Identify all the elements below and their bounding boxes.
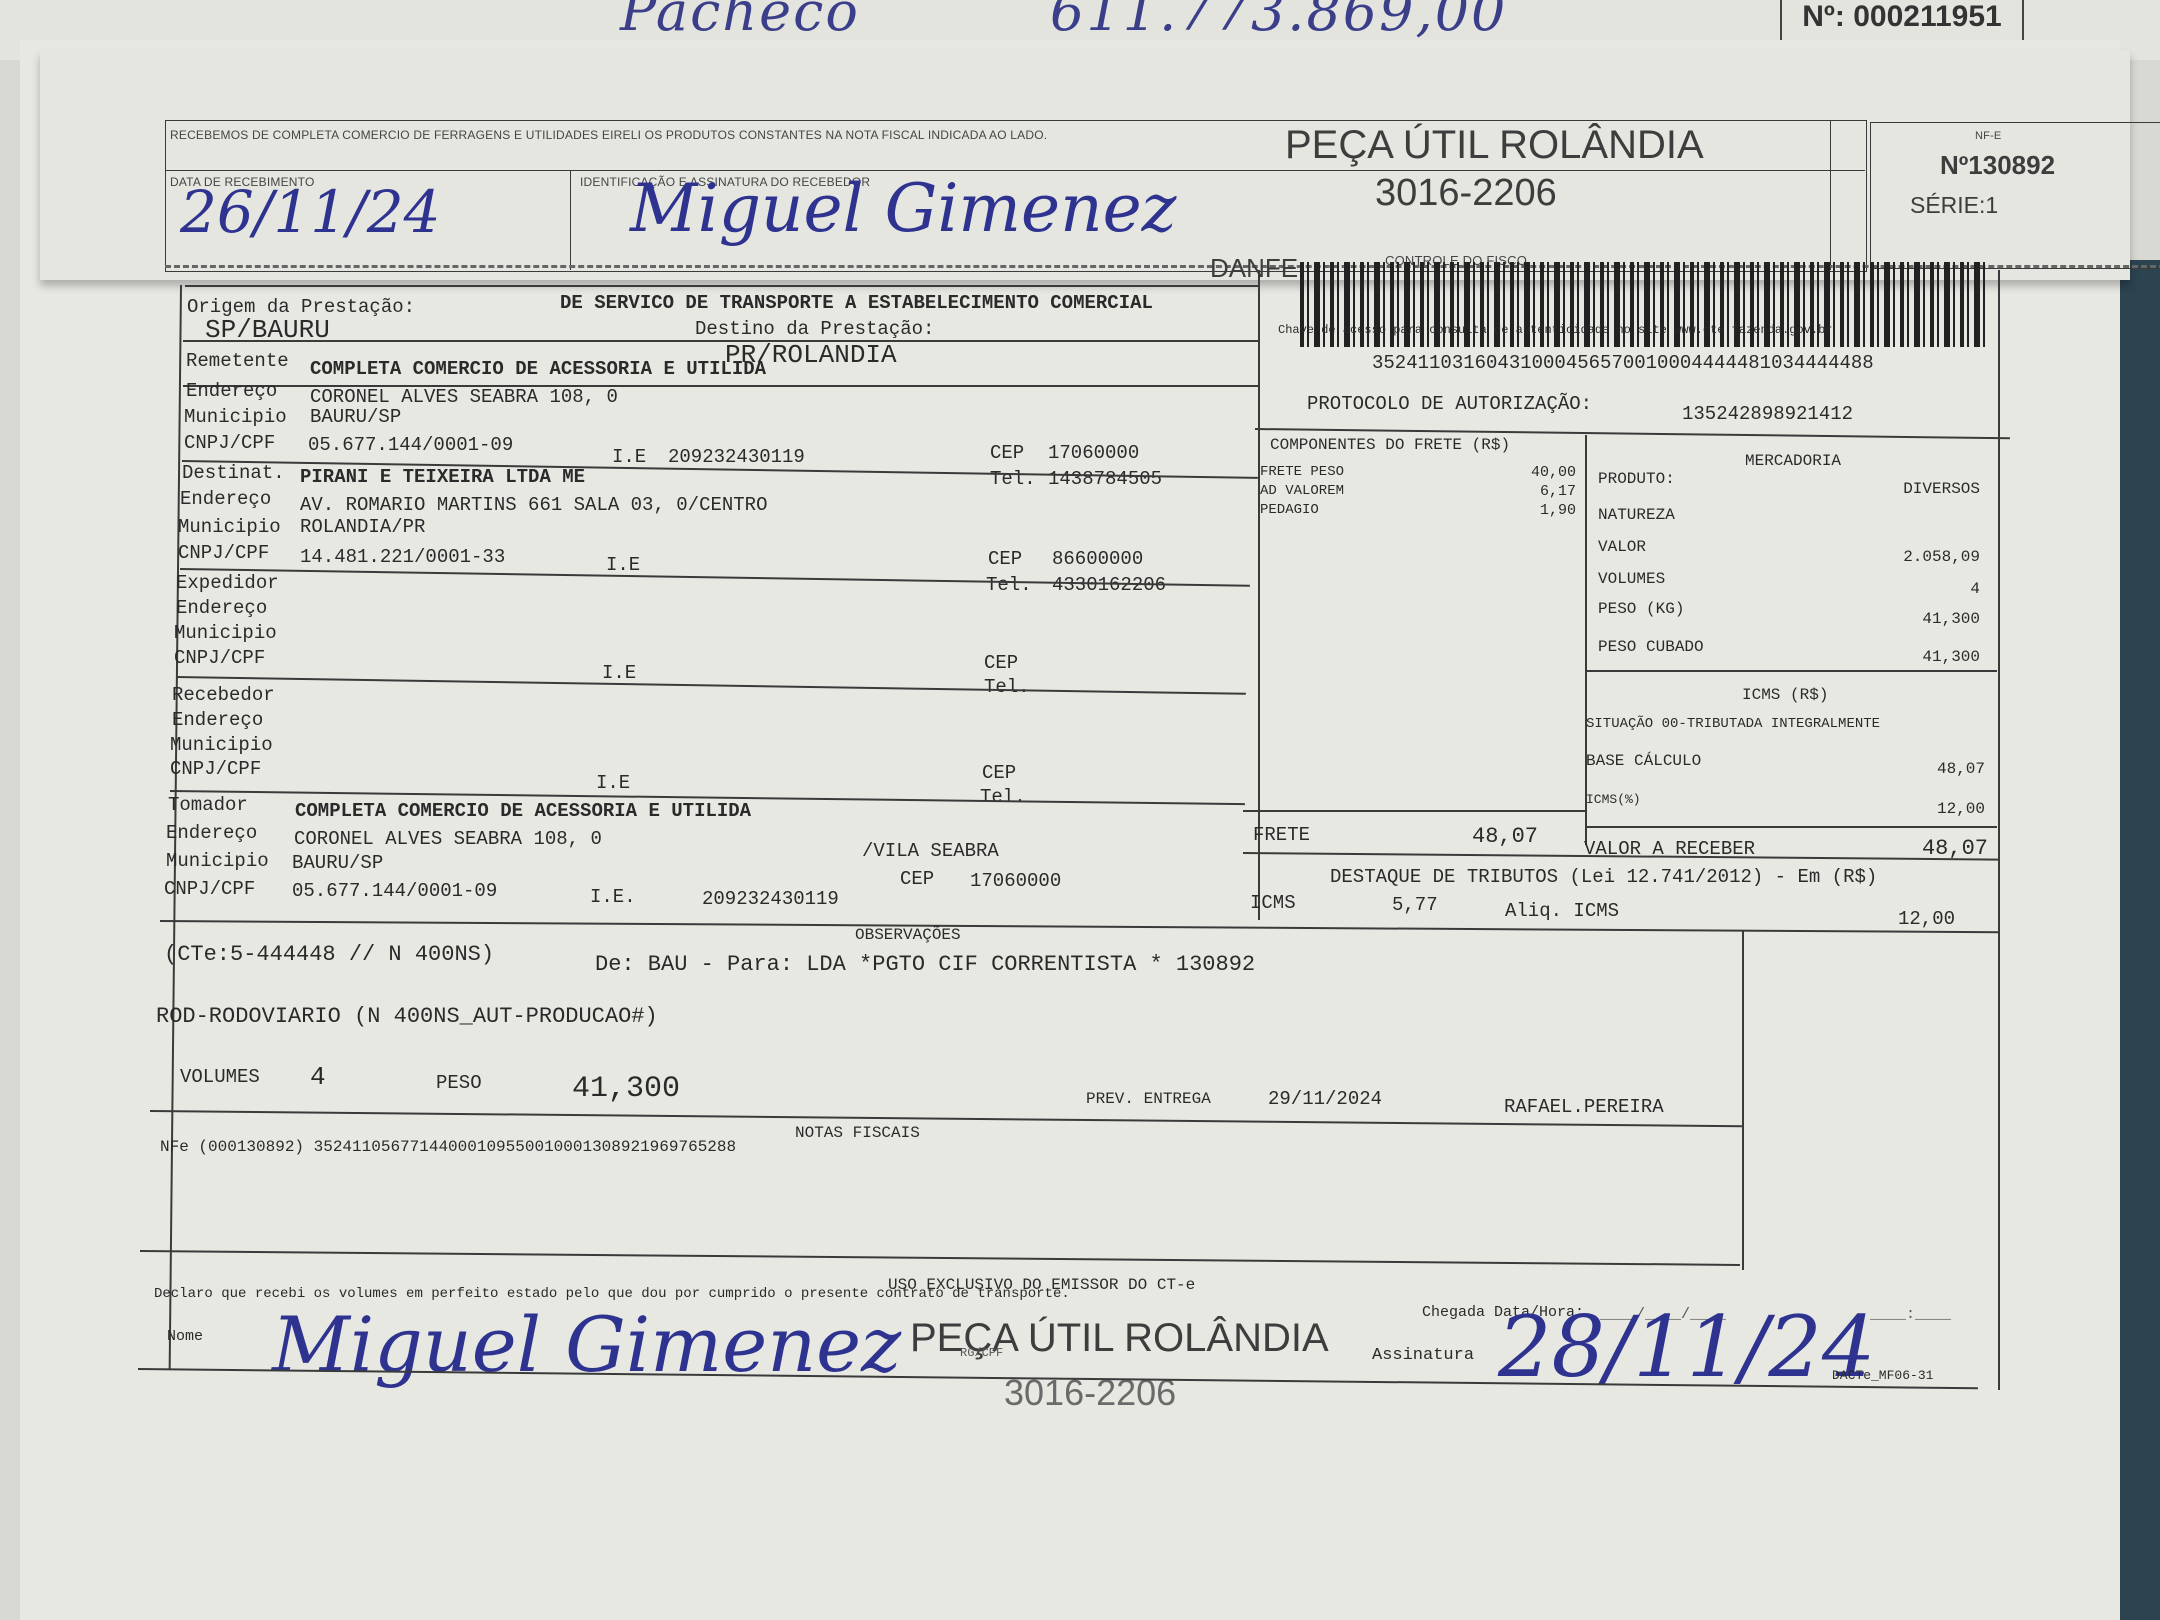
freight-components-title: COMPONENTES DO FRETE (R$) <box>1270 436 1510 454</box>
protocol-value: 135242898921412 <box>1682 403 1853 425</box>
remetente-cnpj-label: CNPJ/CPF <box>184 432 275 454</box>
tomador-bairro: /VILA SEABRA <box>862 840 999 862</box>
receipt-date-handwritten: 26/11/24 <box>180 178 441 246</box>
issuer-user: RAFAEL.PEREIRA <box>1504 1096 1664 1118</box>
icms-situation: SITUAÇÃO 00-TRIBUTADA INTEGRALMENTE <box>1586 716 1880 732</box>
freight-component-label: AD VALOREM <box>1260 483 1344 499</box>
destinatario-municipio: ROLANDIA/PR <box>300 516 425 538</box>
freight-component-label: FRETE PESO <box>1260 464 1344 480</box>
delivery-label: PREV. ENTREGA <box>1086 1090 1211 1108</box>
remetente-tel-label: Tel. <box>990 468 1036 490</box>
remetente-ie-label: I.E <box>612 446 646 468</box>
recebedor-municipio-label: Municipio <box>170 734 273 756</box>
recebedor-label: Recebedor <box>172 684 275 706</box>
protocol-label: PROTOCOLO DE AUTORIZAÇÃO: <box>1307 393 1592 415</box>
destinatario-municipio-label: Municipio <box>178 516 281 538</box>
remetente-tel: 1438784505 <box>1048 468 1162 490</box>
expedidor-label: Expedidor <box>176 572 279 594</box>
expedidor-cnpj-label: CNPJ/CPF <box>174 647 265 669</box>
expedidor-tel-label: Tel. <box>984 676 1030 698</box>
merchandise-row-value: 4 <box>1830 580 1980 598</box>
danfe-label: DANFE <box>1210 253 1298 284</box>
icms-rate-label: ICMS(%) <box>1586 792 1641 807</box>
form-code: DACTe_MF06-31 <box>1832 1368 1933 1383</box>
freight-total-value: 48,07 <box>1472 824 1538 849</box>
remetente-cnpj: 05.677.144/0001-09 <box>308 434 513 456</box>
destinatario-address-label: Endereço <box>180 488 271 510</box>
tomador-cep-label: CEP <box>900 868 934 890</box>
observations-line1-b: De: BAU - Para: LDA *PGTO CIF CORRENTIST… <box>595 952 1255 977</box>
merchandise-row-label: PRODUTO: <box>1598 470 1675 488</box>
recebedor-cep-label: CEP <box>982 762 1016 784</box>
arrival-time-blanks: ____:____ <box>1870 1306 1951 1323</box>
freight-component-label: PEDAGIO <box>1260 502 1319 518</box>
volumes-value: 4 <box>310 1062 326 1092</box>
remetente-cep: 17060000 <box>1048 442 1139 464</box>
handwritten-amount: 611.773.869,00 <box>1050 0 1507 43</box>
recebedor-ie-label: I.E <box>596 772 630 794</box>
merchandise-row-value: 41,300 <box>1830 610 1980 628</box>
tomador-ie: 209232430119 <box>702 888 839 910</box>
tomador-cep: 17060000 <box>970 870 1061 892</box>
footer-signature-date: 28/11/24 <box>1498 1298 1875 1396</box>
remetente-municipio: BAURU/SP <box>310 406 401 428</box>
remetente-ie: 209232430119 <box>668 446 805 468</box>
merchandise-row-label: PESO (KG) <box>1598 600 1684 618</box>
taxes-title: DESTAQUE DE TRIBUTOS (Lei 12.741/2012) -… <box>1330 866 1877 888</box>
freight-component-value: 40,00 <box>1480 464 1576 481</box>
icms-base-value: 48,07 <box>1880 760 1985 778</box>
merchandise-row-label: NATUREZA <box>1598 506 1675 524</box>
expedidor-ie-label: I.E <box>602 662 636 684</box>
receipt-stub: RECEBEMOS DE COMPLETA COMERCIO DE FERRAG… <box>40 50 2130 280</box>
remetente-address-label: Endereço <box>186 380 277 402</box>
peso-value: 41,300 <box>572 1072 680 1106</box>
merchandise-row-label: VALOR <box>1598 538 1646 556</box>
remetente-cep-label: CEP <box>990 442 1024 464</box>
destinatario-cep-label: CEP <box>988 548 1022 570</box>
tomador-ie-label: I.E. <box>590 886 636 908</box>
stamp-name: PEÇA ÚTIL ROLÂNDIA <box>1285 123 1704 168</box>
tomador-address: CORONEL ALVES SEABRA 108, 0 <box>294 828 602 850</box>
receipt-signature: Miguel Gimenez <box>630 170 1176 247</box>
receipt-declaration: RECEBEMOS DE COMPLETA COMERCIO DE FERRAG… <box>170 128 1047 142</box>
freight-total-label: FRETE <box>1253 824 1310 846</box>
destinatario-cep: 86600000 <box>1052 548 1143 570</box>
taxes-icms-label: ICMS <box>1250 892 1296 914</box>
observations-line2: ROD-RODOVIARIO (N 400NS_AUT-PRODUCAO#) <box>156 1004 658 1029</box>
destinatario-label: Destinat. <box>182 462 285 484</box>
taxes-icms-value: 5,77 <box>1392 894 1438 916</box>
recebedor-cnpj-label: CNPJ/CPF <box>170 758 261 780</box>
destinatario-cnpj: 14.481.221/0001-33 <box>300 546 505 568</box>
nfe-serie: SÉRIE:1 <box>1910 192 1998 219</box>
icms-base-label: BASE CÁLCULO <box>1586 752 1701 770</box>
destinatario-address: AV. ROMARIO MARTINS 661 SALA 03, 0/CENTR… <box>300 494 767 516</box>
freight-component-value: 6,17 <box>1480 483 1576 500</box>
invoice-entry: NFe (000130892) 352411056771440001095500… <box>160 1138 736 1156</box>
tomador-municipio-label: Municipio <box>166 850 269 872</box>
footer-name-label: Nome <box>167 1328 203 1345</box>
observations-title: OBSERVAÇÕES <box>855 926 961 944</box>
recebedor-tel-label: Tel. <box>980 786 1026 808</box>
tomador-cnpj-label: CNPJ/CPF <box>164 878 255 900</box>
remetente-name: COMPLETA COMERCIO DE ACESSORIA E UTILIDA <box>310 358 766 380</box>
taxes-aliq-label: Aliq. ICMS <box>1505 900 1619 922</box>
peso-label: PESO <box>436 1072 482 1094</box>
recebedor-address-label: Endereço <box>172 709 263 731</box>
freight-component-value: 1,90 <box>1480 502 1576 519</box>
footer-rg-label: RG/CPF <box>960 1346 1003 1360</box>
handwritten-word: Pacheco <box>620 0 860 43</box>
destinatario-cnpj-label: CNPJ/CPF <box>178 542 269 564</box>
destination-label: Destino da Prestação: <box>695 318 934 340</box>
merchandise-row-value: DIVERSOS <box>1830 480 1980 498</box>
tomador-municipio: BAURU/SP <box>292 852 383 874</box>
tomador-label: Tomador <box>168 794 248 816</box>
observations-line1-a: (CTe:5-444448 // N 400NS) <box>164 942 494 967</box>
expedidor-municipio-label: Municipio <box>174 622 277 644</box>
merchandise-row-label: VOLUMES <box>1598 570 1665 588</box>
footer-signature-label: Assinatura <box>1372 1346 1474 1365</box>
access-key: 3524110316043100045657001000444448103444… <box>1372 352 1874 374</box>
remetente-municipio-label: Municipio <box>184 406 287 428</box>
volumes-label: VOLUMES <box>180 1066 260 1088</box>
tomador-name: COMPLETA COMERCIO DE ACESSORIA E UTILIDA <box>295 800 751 822</box>
merchandise-row-value: 2.058,09 <box>1830 548 1980 566</box>
stamp-phone: 3016-2206 <box>1375 172 1557 215</box>
destinatario-ie-label: I.E <box>606 554 640 576</box>
icms-title: ICMS (R$) <box>1742 686 1828 704</box>
nfe-label: NF-e <box>1975 130 2001 142</box>
tomador-address-label: Endereço <box>166 822 257 844</box>
invoices-title: NOTAS FISCAIS <box>795 1124 920 1142</box>
remetente-address: CORONEL ALVES SEABRA 108, 0 <box>310 386 618 408</box>
merchandise-row-value: 41,300 <box>1830 648 1980 666</box>
service-type: DE SERVICO DE TRANSPORTE A ESTABELECIMEN… <box>560 292 1153 314</box>
merchandise-title: MERCADORIA <box>1745 452 1841 470</box>
expedidor-address-label: Endereço <box>176 597 267 619</box>
delivery-value: 29/11/2024 <box>1268 1088 1382 1110</box>
expedidor-cep-label: CEP <box>984 652 1018 674</box>
destinatario-name: PIRANI E TEIXEIRA LTDA ME <box>300 466 585 488</box>
taxes-aliq-value: 12,00 <box>1860 908 1955 930</box>
access-key-caption: Chave de acesso para consulta de autenti… <box>1278 323 1833 337</box>
merchandise-row-label: PESO CUBADO <box>1598 638 1704 656</box>
remetente-label: Remetente <box>186 350 289 372</box>
icms-rate-value: 12,00 <box>1880 800 1985 818</box>
destinatario-tel-label: Tel. <box>986 574 1032 596</box>
tomador-cnpj: 05.677.144/0001-09 <box>292 880 497 902</box>
nfe-number: Nº130892 <box>1940 150 2055 181</box>
